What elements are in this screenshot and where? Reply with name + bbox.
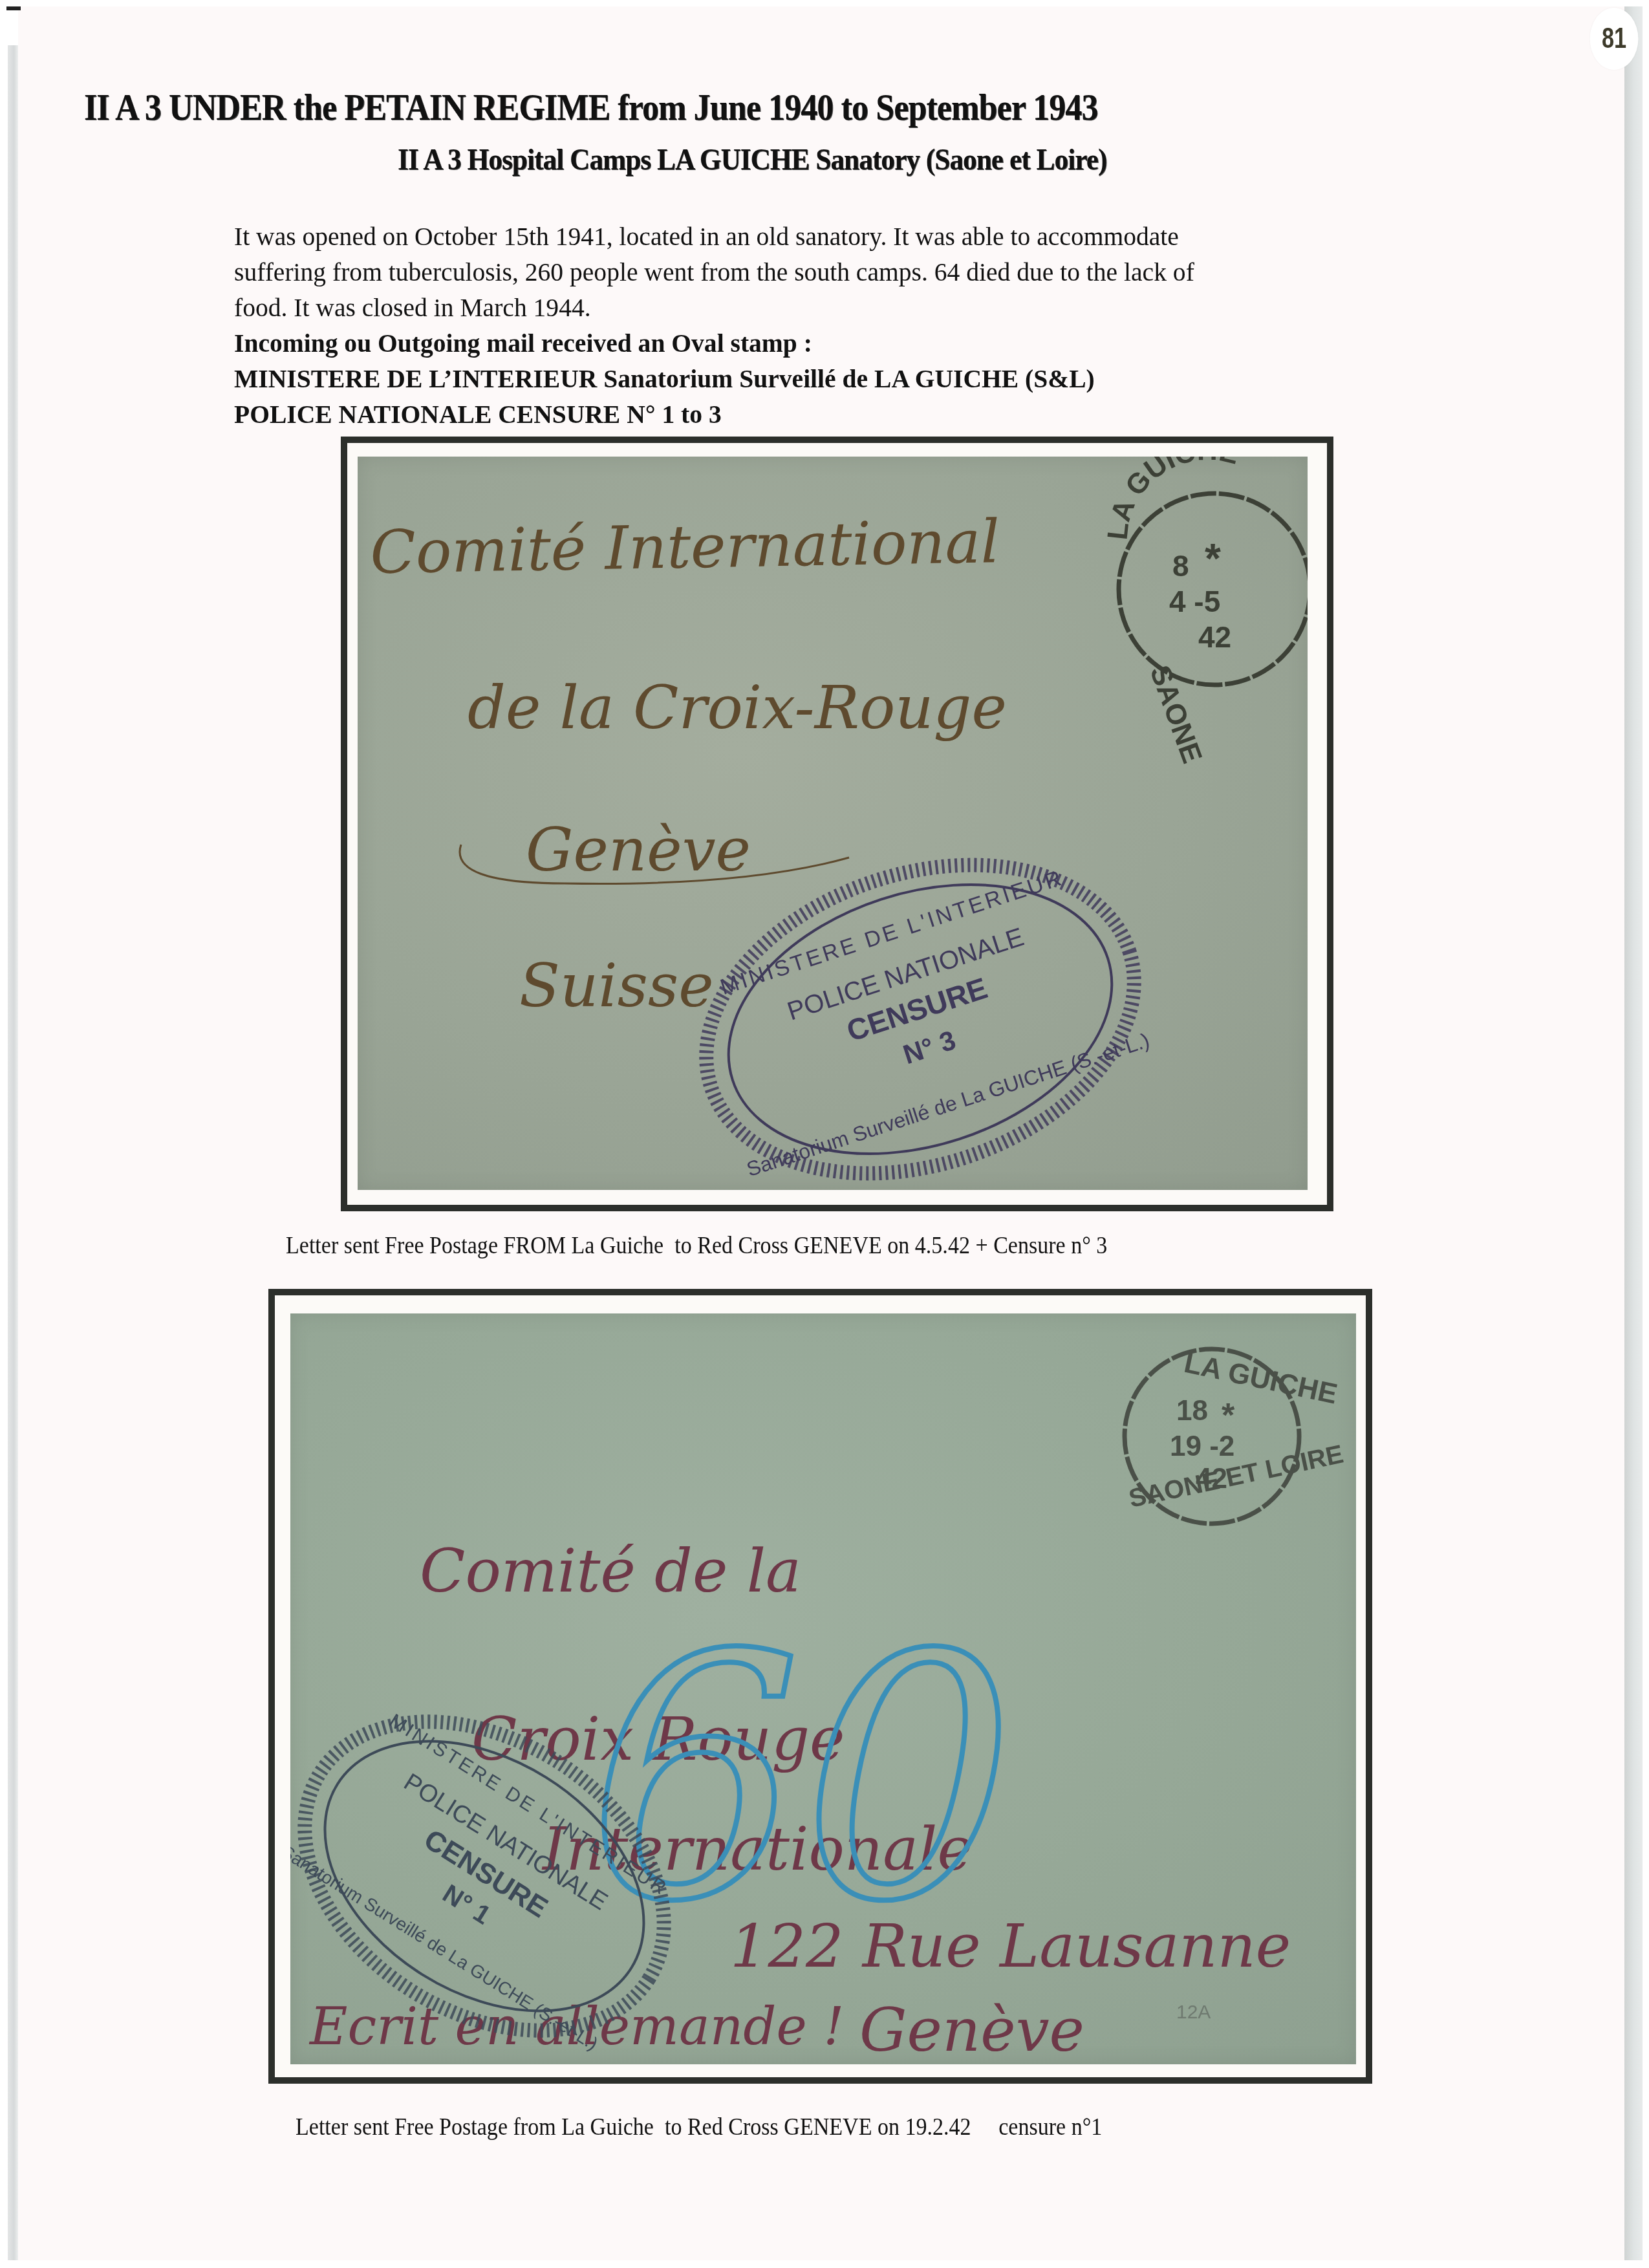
envelope-1-markings: Comité International de la Croix-Rouge G…	[358, 457, 1308, 1190]
binding-mark	[6, 6, 21, 10]
intro-stamp-line: POLICE NATIONALE CENSURE N° 1 to 3	[234, 396, 1420, 432]
postmark-line-2: 19 -2	[1170, 1431, 1234, 1462]
postmark-2: LA GUICHE SAONE ET LOIRE 18 * 19 -2 42	[1125, 1347, 1346, 1524]
address-line-2: de la Croix-Rouge	[468, 673, 1007, 742]
postmark-1: LA GUICHE SAONE 8 * 4 -5 42	[1102, 457, 1308, 767]
cover-frame-1: Comité International de la Croix-Rouge G…	[341, 437, 1333, 1211]
intro-line: suffering from tuberculosis, 260 people …	[234, 254, 1420, 290]
postmark-line-3: 42	[1198, 620, 1231, 654]
postmark-line-1: 8	[1172, 549, 1189, 583]
postmark-star: *	[1222, 1397, 1235, 1434]
tax-mark: 60	[588, 1583, 1016, 1975]
intro-text: It was opened on October 15th 1941, loca…	[234, 219, 1420, 432]
right-binding-strip	[1624, 6, 1643, 2260]
cover-2-caption: Letter sent Free Postage from La Guiche …	[296, 2113, 1102, 2141]
cover-1-caption: Letter sent Free Postage FROM La Guiche …	[286, 1232, 1107, 1260]
postmark-line-3: 42	[1196, 1463, 1227, 1495]
postmark-lower-text: SAONE ET LOIRE	[1126, 1440, 1346, 1513]
intro-line: food. It was closed in March 1944.	[234, 290, 1420, 325]
page-title: II A 3 UNDER the PETAIN REGIME from June…	[84, 87, 1257, 129]
envelope-1: Comité International de la Croix-Rouge G…	[358, 457, 1308, 1190]
pencil-note: 12A	[1176, 2002, 1211, 2023]
address-line-3: Genève	[526, 815, 751, 885]
page-number-badge: 81	[1590, 8, 1639, 70]
intro-stamp-line: MINISTERE DE L’INTERIEUR Sanatorium Surv…	[234, 361, 1420, 396]
envelope-2-markings: Comité de la Croix Rouge Internationale …	[290, 1313, 1356, 2064]
left-binding-strip	[8, 45, 18, 2260]
address-line-4: Suisse	[519, 951, 714, 1021]
address-line-1: Comité International	[370, 507, 1000, 587]
envelope-2: Comité de la Croix Rouge Internationale …	[290, 1313, 1356, 2064]
page-subtitle: II A 3 Hospital Camps LA GUICHE Sanatory…	[398, 142, 1309, 177]
postmark-star: *	[1205, 535, 1221, 582]
address-line-5: Genève	[859, 1996, 1084, 2064]
svg-text:LA GUICHE: LA GUICHE	[1102, 457, 1242, 541]
postmark-ring-text: LA GUICHE	[1102, 457, 1242, 541]
postmark-line-2: 4 -5	[1169, 585, 1220, 618]
cover-frame-2: Comité de la Croix Rouge Internationale …	[268, 1289, 1372, 2084]
postmark-lower-text: SAONE	[1144, 662, 1209, 768]
intro-line: It was opened on October 15th 1941, loca…	[234, 219, 1420, 254]
intro-stamp-heading: Incoming ou Outgoing mail received an Ov…	[234, 325, 1420, 361]
censor-line-3: N° 3	[900, 1024, 960, 1070]
postmark-line-1: 18	[1176, 1395, 1208, 1427]
